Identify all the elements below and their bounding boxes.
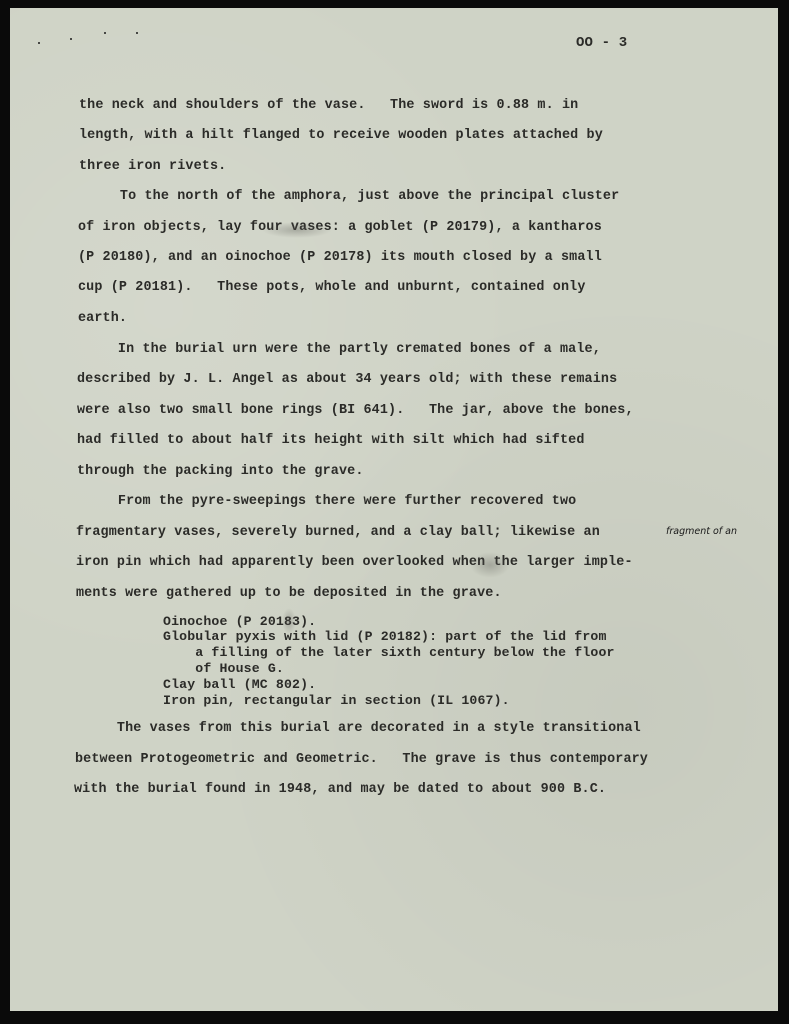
list-item: a filling of the later sixth century bel… <box>163 645 615 660</box>
list-item: Iron pin, rectangular in section (IL 106… <box>163 693 510 708</box>
list-item: Globular pyxis with lid (P 20182): part … <box>163 629 607 644</box>
list-item: of House G. <box>163 661 284 676</box>
text-line: (P 20180), and an oinochoe (P 20178) its… <box>78 250 602 266</box>
text-line: the neck and shoulders of the vase. The … <box>79 98 578 114</box>
text-line: through the packing into the grave. <box>77 464 364 480</box>
speck-mark <box>104 32 106 34</box>
ink-smudge <box>262 222 332 238</box>
text-line: To the north of the amphora, just above … <box>79 189 619 205</box>
text-line: cup (P 20181). These pots, whole and unb… <box>78 280 586 296</box>
text-line: earth. <box>78 311 127 327</box>
document-page: OO - 3 the neck and shoulders of the vas… <box>10 8 778 1011</box>
text-line: of iron objects, lay four vases: a goble… <box>78 220 602 236</box>
text-line: fragmentary vases, severely burned, and … <box>76 525 600 541</box>
text-line: From the pyre-sweepings there were furth… <box>77 494 576 510</box>
text-line: were also two small bone rings (BI 641).… <box>77 403 634 419</box>
handwritten-margin-note: fragment of an <box>666 526 737 537</box>
text-line: iron pin which had apparently been overl… <box>76 555 633 571</box>
speck-mark <box>136 32 138 34</box>
speck-mark <box>38 42 40 44</box>
text-line: between Protogeometric and Geometric. Th… <box>75 752 648 768</box>
ink-smudge <box>470 552 510 578</box>
text-line: three iron rivets. <box>79 159 226 175</box>
text-line: length, with a hilt flanged to receive w… <box>79 128 603 144</box>
text-line: described by J. L. Angel as about 34 yea… <box>77 372 617 388</box>
list-item: Clay ball (MC 802). <box>163 677 316 692</box>
text-line: In the burial urn were the partly cremat… <box>77 342 601 358</box>
speck-mark <box>70 38 72 40</box>
page-number: OO - 3 <box>576 35 627 51</box>
text-line: with the burial found in 1948, and may b… <box>74 782 606 798</box>
ink-smudge <box>282 608 296 634</box>
text-line: The vases from this burial are decorated… <box>76 721 641 737</box>
text-line: had filled to about half its height with… <box>77 433 585 449</box>
text-line: ments were gathered up to be deposited i… <box>76 586 502 602</box>
